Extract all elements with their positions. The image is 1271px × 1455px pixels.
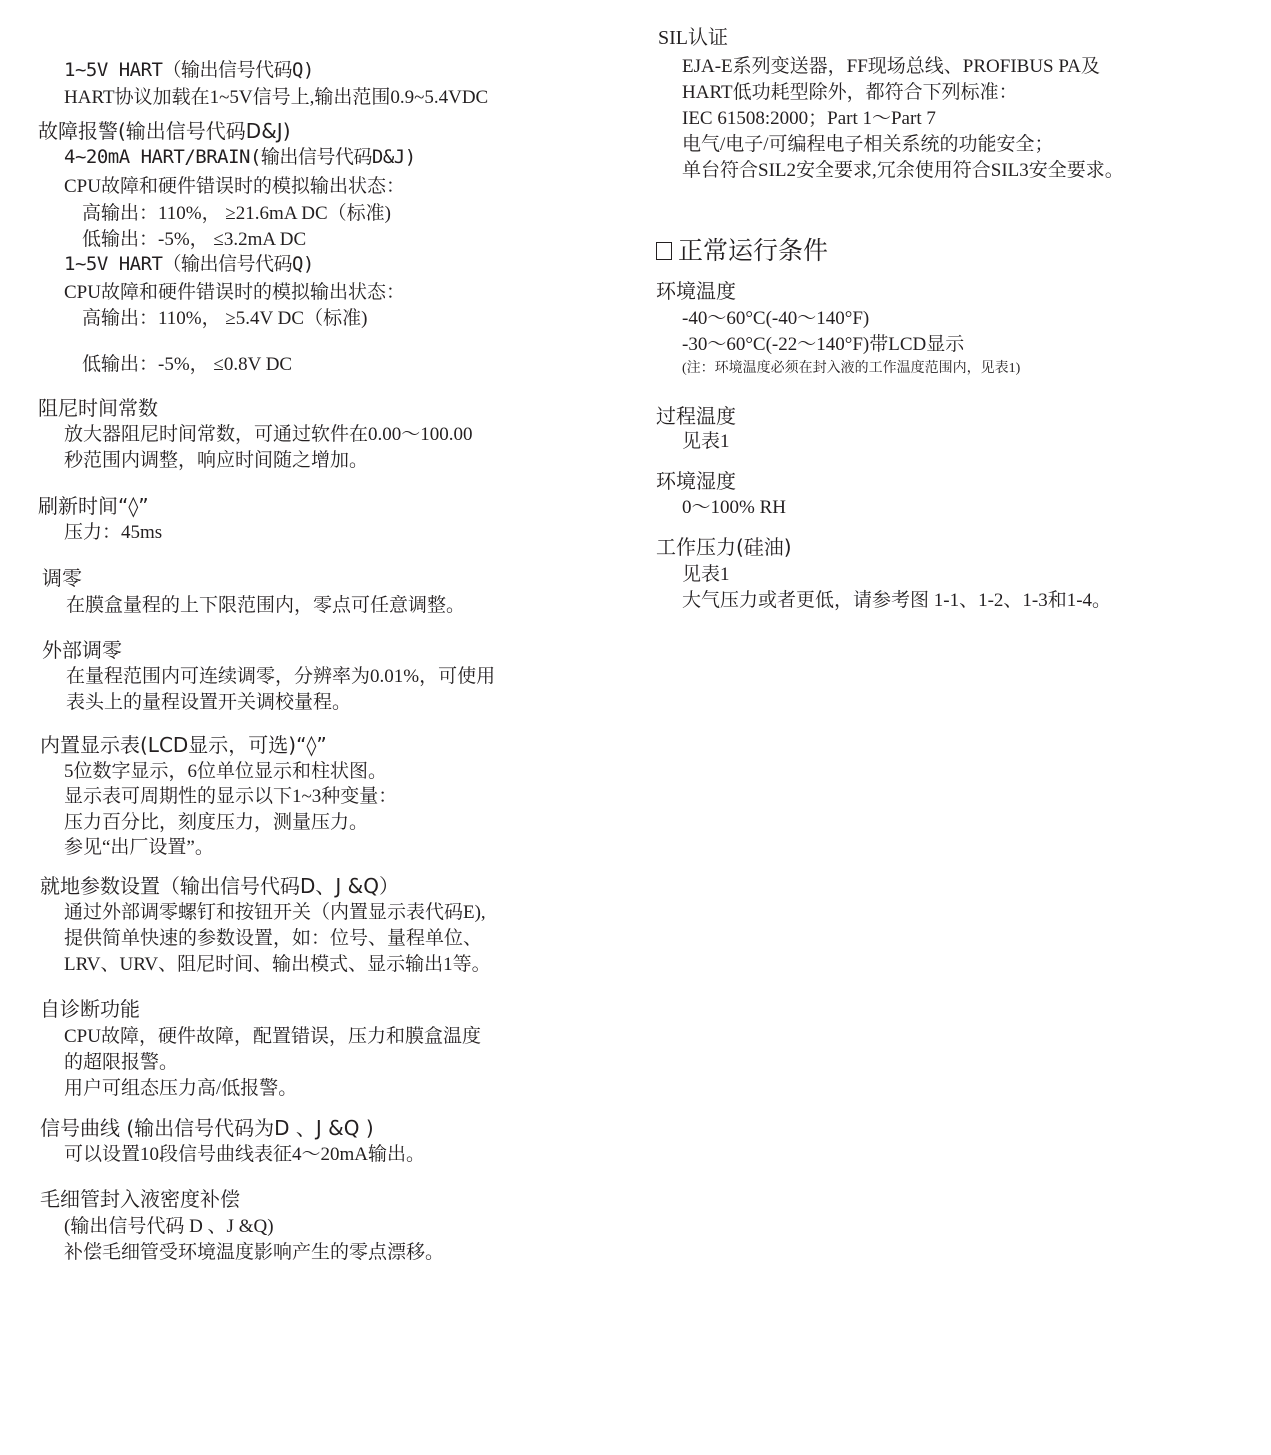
self-diag-line: 用户可组态压力高/低报警。	[64, 1079, 297, 1098]
fault-alarm-sub1-heading: 4~20mA HART/BRAIN(输出信号代码D&J)	[64, 148, 416, 167]
zero-adjust-line: 在膜盒量程的上下限范围内，零点可任意调整。	[66, 596, 465, 615]
sil-line: 电气/电子/可编程电子相关系统的功能安全；	[682, 135, 1054, 154]
ambient-humidity-line: 0～100% RH	[682, 498, 786, 517]
signal-curve-heading: 信号曲线 (输出信号代码为D 、J &Q )	[40, 1118, 374, 1138]
fault-alarm-heading: 故障报警(输出信号代码D&J)	[38, 121, 291, 141]
fault-alarm-sub2-intro: CPU故障和硬件错误时的模拟输出状态：	[64, 283, 405, 302]
ambient-temp-line: -30～60°C(-22～140°F)带LCD显示	[682, 335, 964, 354]
normal-conditions-title-text: 正常运行条件	[678, 236, 828, 265]
signal-curve-line: 可以设置10段信号曲线表征4～20mA输出。	[64, 1145, 425, 1164]
lcd-line: 压力百分比，刻度压力，测量压力。	[64, 813, 368, 832]
local-param-line: 提供简单快速的参数设置，如：位号、量程单位、	[64, 929, 482, 948]
zero-adjust-heading: 调零	[42, 568, 82, 588]
fault-alarm-sub2-heading: 1~5V HART（输出信号代码Q)	[64, 255, 314, 274]
local-param-line: LRV、URV、阻尼时间、输出模式、显示输出1等。	[64, 955, 491, 974]
lcd-line: 5位数字显示，6位单位显示和柱状图。	[64, 762, 387, 781]
update-time-heading: 刷新时间“◊”	[38, 496, 149, 516]
ambient-temp-line: -40～60°C(-40～140°F)	[682, 309, 869, 328]
lcd-line: 参见“出厂设置”。	[64, 838, 214, 857]
normal-conditions-title: 正常运行条件	[656, 238, 828, 263]
local-param-line: 通过外部调零螺钉和按钮开关（内置显示表代码E),	[64, 903, 486, 922]
ext-zero-line: 在量程范围内可连续调零，分辨率为0.01%，可使用	[66, 667, 495, 686]
capillary-line: 补偿毛细管受环境温度影响产生的零点漂移。	[64, 1243, 444, 1262]
fault-alarm-sub1-high: 高输出：110%， ≥21.6mA DC（标准)	[82, 204, 391, 223]
ambient-temp-heading: 环境温度	[656, 281, 736, 301]
sil-line: HART低功耗型除外，都符合下列标准：	[682, 83, 1018, 102]
damping-line: 秒范围内调整，响应时间随之增加。	[64, 451, 368, 470]
damping-line: 放大器阻尼时间常数，可通过软件在0.00～100.00	[64, 425, 473, 444]
fault-alarm-sub1-intro: CPU故障和硬件错误时的模拟输出状态：	[64, 177, 405, 196]
ext-zero-line: 表头上的量程设置开关调校量程。	[66, 693, 351, 712]
damping-heading: 阻尼时间常数	[38, 398, 158, 418]
self-diag-line: CPU故障，硬件故障，配置错误，压力和膜盒温度	[64, 1027, 481, 1046]
capillary-line: (输出信号代码 D 、J &Q)	[64, 1217, 274, 1236]
checkbox-square-icon	[656, 242, 672, 260]
sil-heading: SIL认证	[658, 28, 728, 48]
self-diag-line: 的超限报警。	[64, 1053, 178, 1072]
ambient-humidity-heading: 环境湿度	[656, 471, 736, 491]
fault-alarm-sub2-high-line: 高输出：110%， ≥5.4V DC（标准)	[82, 309, 367, 328]
sil-line: EJA-E系列变送器，FF现场总线、PROFIBUS PA及	[682, 57, 1100, 76]
self-diag-heading: 自诊断功能	[40, 999, 140, 1019]
output-q-line: HART协议加载在1~5V信号上,输出范围0.9~5.4VDC	[64, 88, 488, 107]
lcd-line: 显示表可周期性的显示以下1~3种变量：	[64, 787, 397, 806]
capillary-heading: 毛细管封入液密度补偿	[40, 1189, 240, 1209]
process-temp-line: 见表1	[682, 432, 730, 451]
ambient-temp-note: (注：环境温度必须在封入液的工作温度范围内，见表1)	[682, 362, 1020, 376]
sil-line: IEC 61508:2000；Part 1～Part 7	[682, 109, 936, 128]
ext-zero-heading: 外部调零	[42, 640, 122, 660]
output-q-heading: 1~5V HART（输出信号代码Q)	[64, 61, 314, 80]
fault-alarm-sub2-low: 低输出：-5%， ≤0.8V DC	[82, 355, 292, 374]
working-pressure-line: 大气压力或者更低，请参考图 1-1、1-2、1-3和1-4。	[682, 591, 1111, 610]
working-pressure-heading: 工作压力(硅油)	[656, 537, 792, 557]
sil-line: 单台符合SIL2安全要求,冗余使用符合SIL3安全要求。	[682, 161, 1124, 180]
update-time-line: 压力：45ms	[64, 523, 162, 542]
lcd-heading: 内置显示表(LCD显示，可选)“◊”	[40, 735, 327, 755]
fault-alarm-sub1-low: 低输出：-5%， ≤3.2mA DC	[82, 230, 306, 249]
working-pressure-line: 见表1	[682, 565, 730, 584]
process-temp-heading: 过程温度	[656, 406, 736, 426]
local-param-heading: 就地参数设置（输出信号代码D、J &Q）	[40, 876, 399, 896]
